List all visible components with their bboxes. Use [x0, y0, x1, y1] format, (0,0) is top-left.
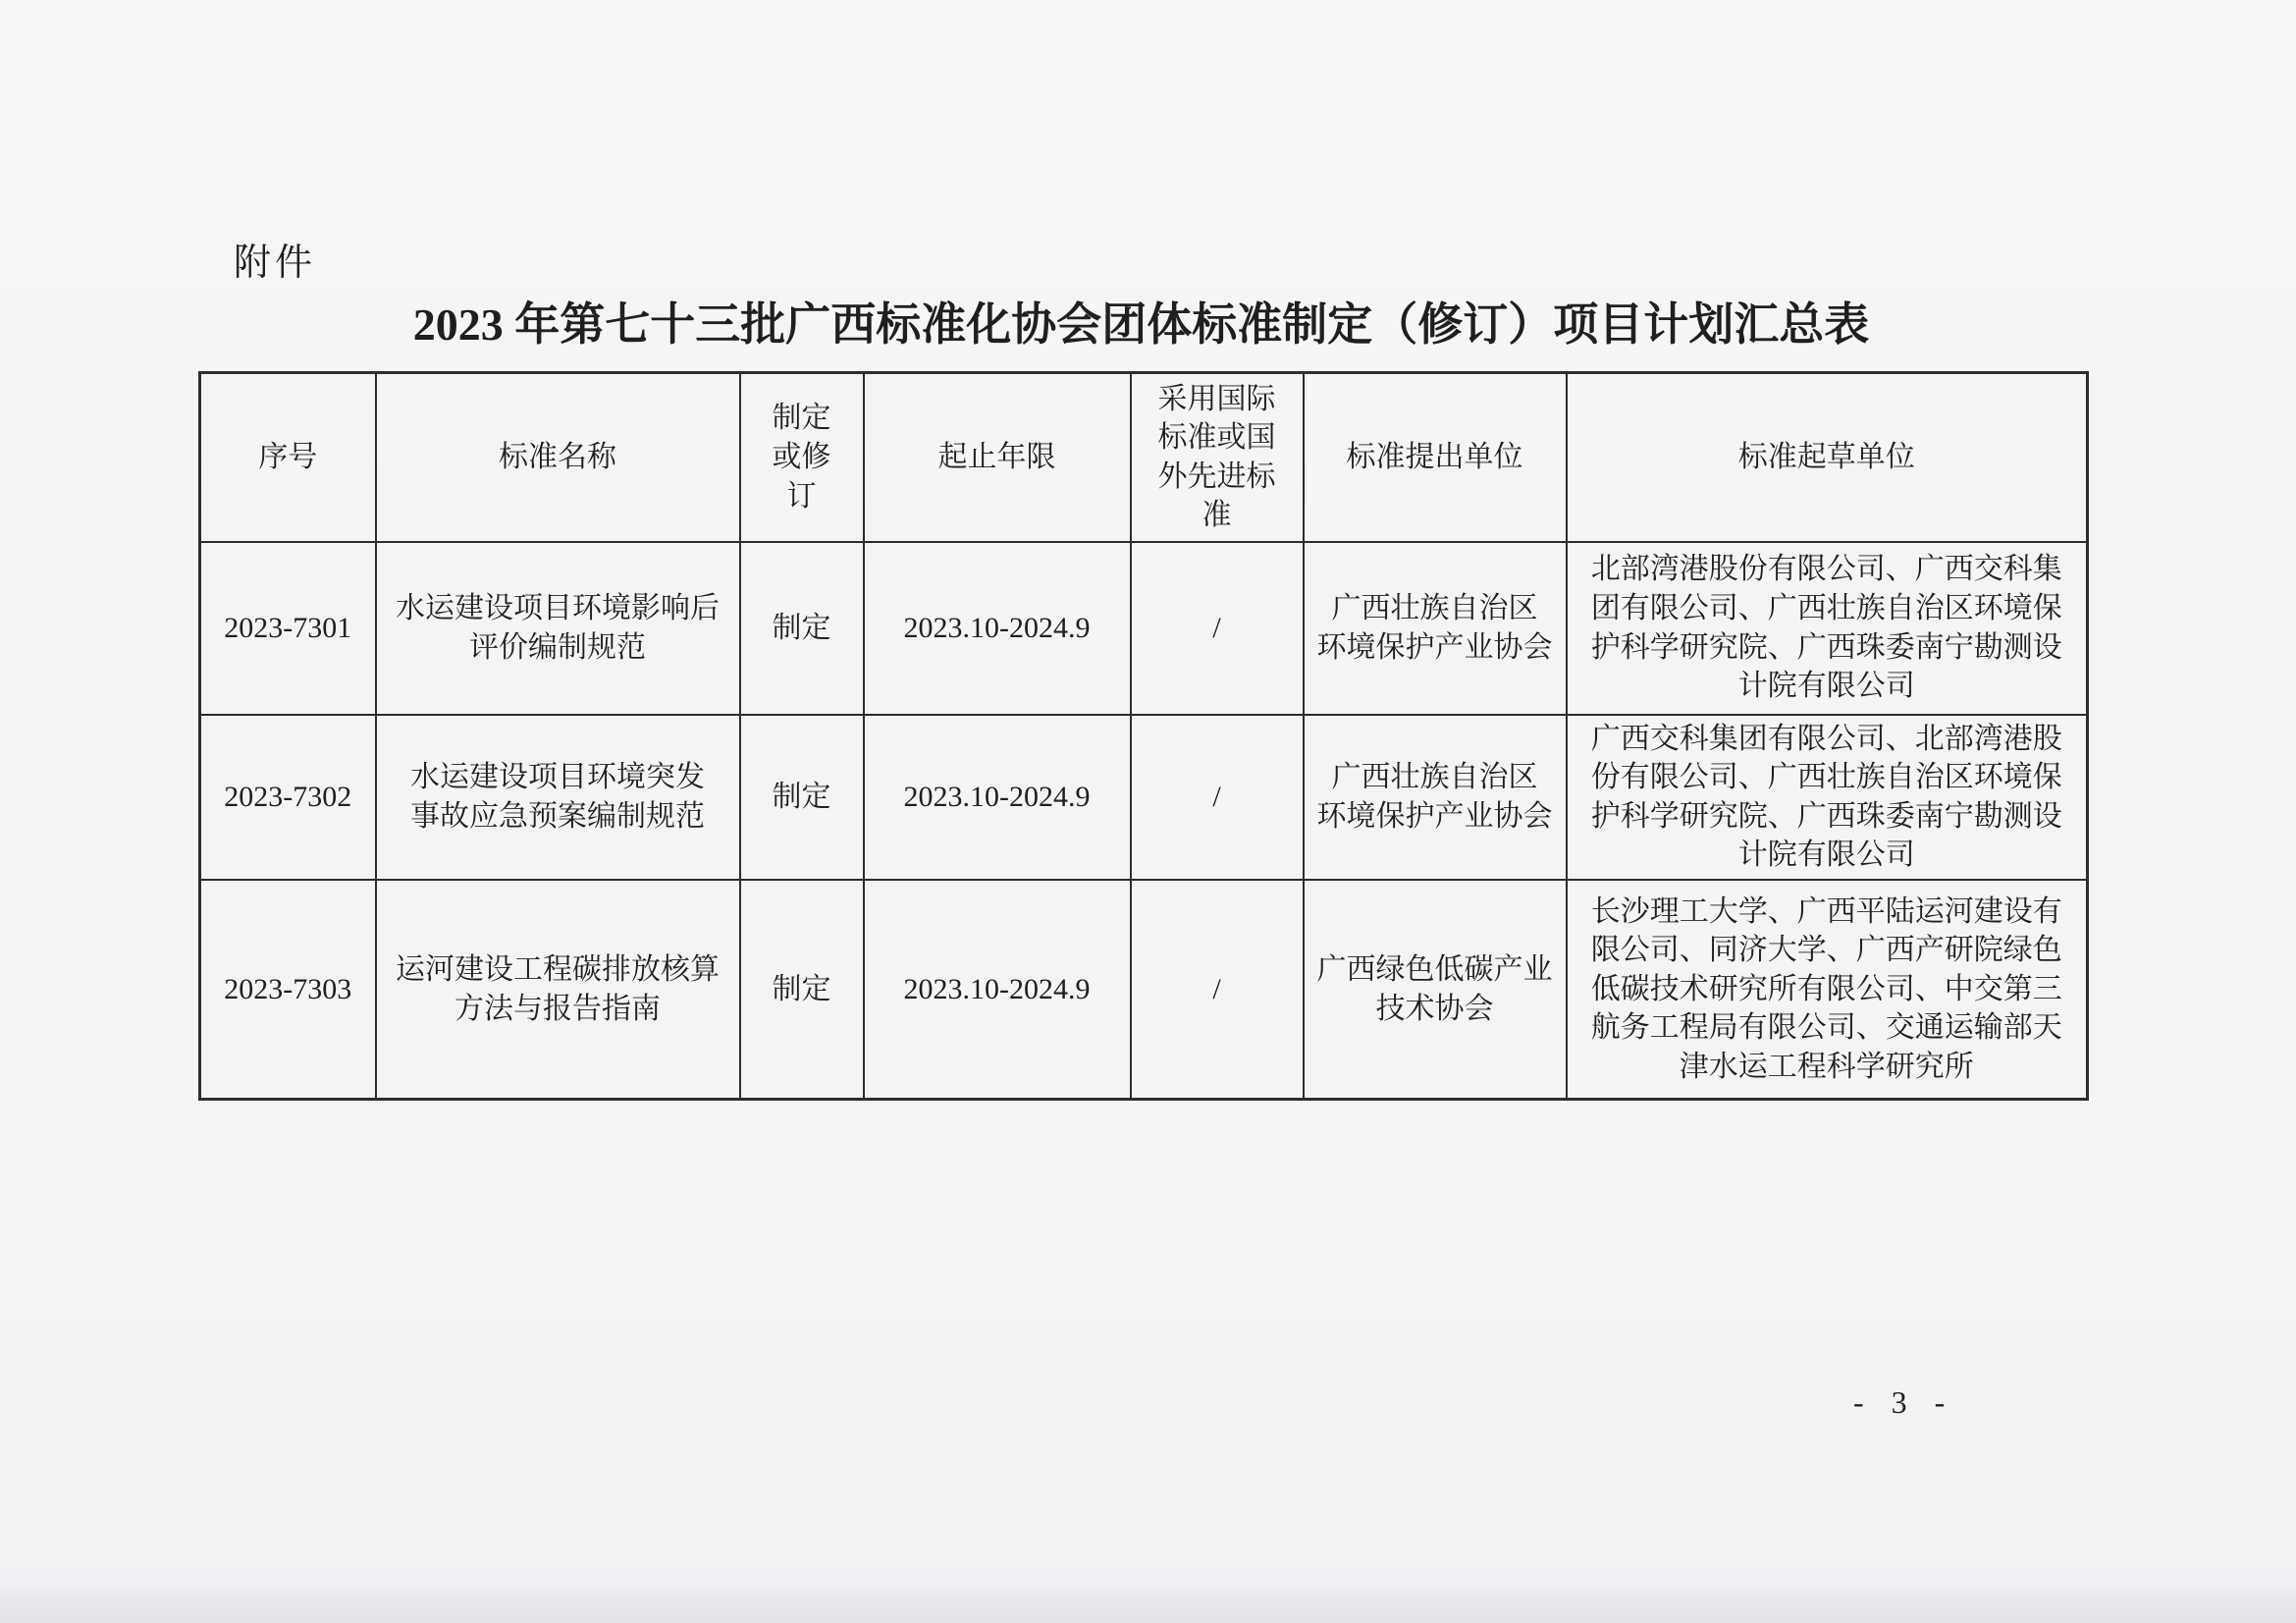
- cell-type: 制定: [740, 880, 864, 1100]
- cell-type: 制定: [740, 542, 864, 715]
- column-header-proposer: 标准提出单位: [1304, 373, 1567, 542]
- cell-standard-name: 水运建设项目环境影响后 评价编制规范: [376, 542, 740, 715]
- cell-standard-name: 运河建设工程碳排放核算 方法与报告指南: [376, 880, 740, 1100]
- scanned-document-page: 附件 2023 年第七十三批广西标准化协会团体标准制定（修订）项目计划汇总表 序…: [0, 0, 2296, 1623]
- table-row: 2023-7301 水运建设项目环境影响后 评价编制规范 制定 2023.10-…: [200, 542, 2088, 715]
- column-header-type-label: 制定或修订: [771, 399, 833, 515]
- attachment-label: 附件: [234, 232, 316, 286]
- column-header-period: 起止年限: [864, 373, 1131, 542]
- cell-intl-standard: /: [1131, 542, 1304, 715]
- cell-drafters: 长沙理工大学、广西平陆运河建设有 限公司、同济大学、广西产研院绿色 低碳技术研究…: [1567, 880, 2088, 1100]
- table-row: 2023-7303 运河建设工程碳排放核算 方法与报告指南 制定 2023.10…: [200, 880, 2088, 1100]
- cell-proposer: 广西壮族自治区 环境保护产业协会: [1304, 542, 1567, 715]
- table-row: 2023-7302 水运建设项目环境突发 事故应急预案编制规范 制定 2023.…: [200, 715, 2088, 880]
- cell-standard-name: 水运建设项目环境突发 事故应急预案编制规范: [376, 715, 740, 880]
- cell-intl-standard: /: [1131, 715, 1304, 880]
- cell-period: 2023.10-2024.9: [864, 542, 1131, 715]
- column-header-seq: 序号: [200, 373, 376, 542]
- page-title: 2023 年第七十三批广西标准化协会团体标准制定（修订）项目计划汇总表: [196, 289, 2086, 353]
- cell-type: 制定: [740, 715, 864, 880]
- page-number: - 3 -: [1853, 1384, 1954, 1421]
- column-header-standard-name: 标准名称: [376, 373, 740, 542]
- cell-period: 2023.10-2024.9: [864, 715, 1131, 880]
- cell-period: 2023.10-2024.9: [864, 880, 1131, 1100]
- cell-seq: 2023-7302: [200, 715, 376, 880]
- cell-seq: 2023-7303: [200, 880, 376, 1100]
- column-header-type: 制定或修订: [740, 373, 864, 542]
- cell-proposer: 广西绿色低碳产业 技术协会: [1304, 880, 1567, 1100]
- column-header-drafters: 标准起草单位: [1567, 373, 2088, 542]
- table-header-row: 序号 标准名称 制定或修订 起止年限 采用国际标准或国外先进标准 标准提出单位 …: [200, 373, 2088, 542]
- column-header-intl-standard-label: 采用国际标准或国外先进标准: [1156, 380, 1278, 535]
- cell-drafters: 广西交科集团有限公司、北部湾港股 份有限公司、广西壮族自治区环境保 护科学研究院…: [1567, 715, 2088, 880]
- cell-drafters: 北部湾港股份有限公司、广西交科集 团有限公司、广西壮族自治区环境保 护科学研究院…: [1567, 542, 2088, 715]
- cell-proposer: 广西壮族自治区 环境保护产业协会: [1304, 715, 1567, 880]
- cell-intl-standard: /: [1131, 880, 1304, 1100]
- column-header-intl-standard: 采用国际标准或国外先进标准: [1131, 373, 1304, 542]
- cell-seq: 2023-7301: [200, 542, 376, 715]
- standards-plan-table: 序号 标准名称 制定或修订 起止年限 采用国际标准或国外先进标准 标准提出单位 …: [198, 371, 2089, 1101]
